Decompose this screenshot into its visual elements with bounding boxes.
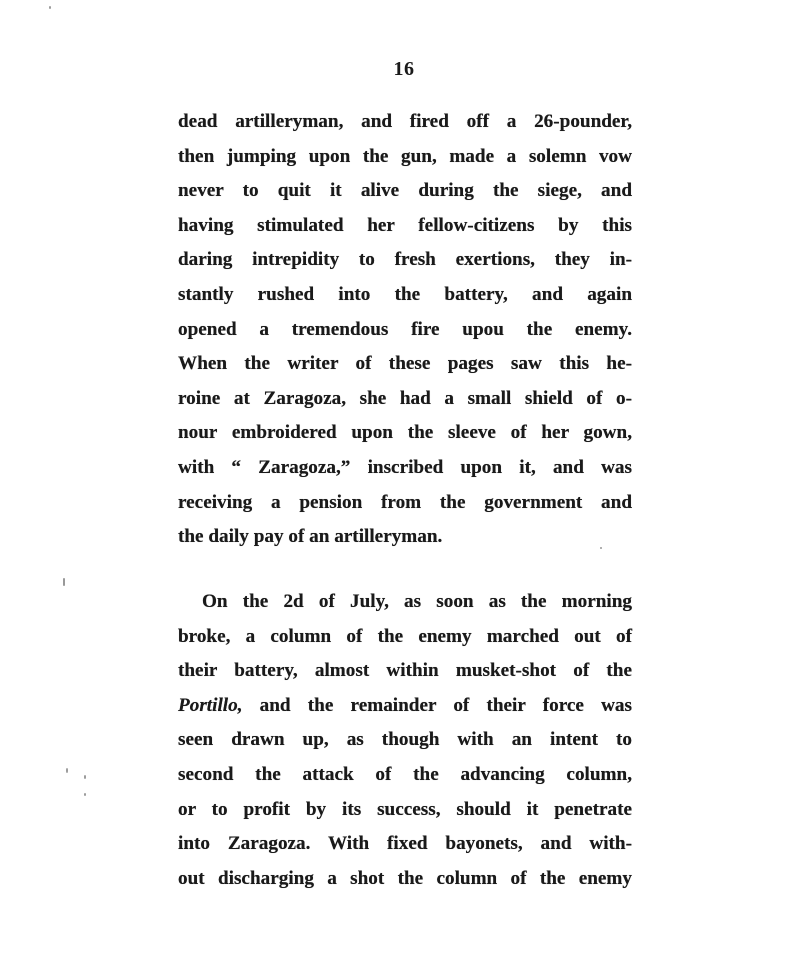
text-line: with “ Zaragoza,” inscribed upon it, and… — [178, 451, 632, 486]
text-line: Portillo, and the remainder of their for… — [178, 689, 632, 724]
text-line: When the writer of these pages saw this … — [178, 347, 632, 382]
text-line: their battery, almost within musket-shot… — [178, 654, 632, 689]
page-number: 16 — [0, 58, 790, 81]
scan-speck — [66, 768, 68, 773]
text-line: seen drawn up, as though with an intent … — [178, 723, 632, 758]
text-line: broke, a column of the enemy marched out… — [178, 620, 632, 655]
text-line: stantly rushed into the battery, and aga… — [178, 278, 632, 313]
scan-speck — [49, 6, 51, 9]
text-line: daring intrepidity to fresh exertions, t… — [178, 243, 632, 278]
text-line: then jumping upon the gun, made a solemn… — [178, 140, 632, 175]
text-fragment: and the remainder of their force was — [243, 695, 633, 716]
scan-speck — [84, 793, 86, 796]
paragraph-2: On the 2d of July, as soon as the mornin… — [178, 585, 632, 896]
text-line: second the attack of the advancing colum… — [178, 758, 632, 793]
scan-speck — [600, 547, 602, 549]
text-line: the daily pay of an artilleryman. — [178, 520, 632, 555]
scan-speck — [63, 578, 65, 586]
text-line: never to quit it alive during the siege,… — [178, 174, 632, 209]
text-line: roine at Zaragoza, she had a small shiel… — [178, 382, 632, 417]
paragraph-1: dead artilleryman, and fired off a 26-po… — [178, 105, 632, 555]
text-line: into Zaragoza. With fixed bayonets, and … — [178, 827, 632, 862]
text-line: dead artilleryman, and fired off a 26-po… — [178, 105, 632, 140]
text-line: On the 2d of July, as soon as the mornin… — [178, 585, 632, 620]
text-line: having stimulated her fellow-citizens by… — [178, 209, 632, 244]
text-line: opened a tremendous fire upou the enemy. — [178, 313, 632, 348]
scan-speck — [84, 775, 86, 779]
text-line: nour embroidered upon the sleeve of her … — [178, 416, 632, 451]
text-line: receiving a pension from the government … — [178, 486, 632, 521]
text-line: or to profit by its success, should it p… — [178, 793, 632, 828]
text-line: out discharging a shot the column of the… — [178, 862, 632, 897]
italic-place-name: Portillo, — [178, 695, 243, 716]
